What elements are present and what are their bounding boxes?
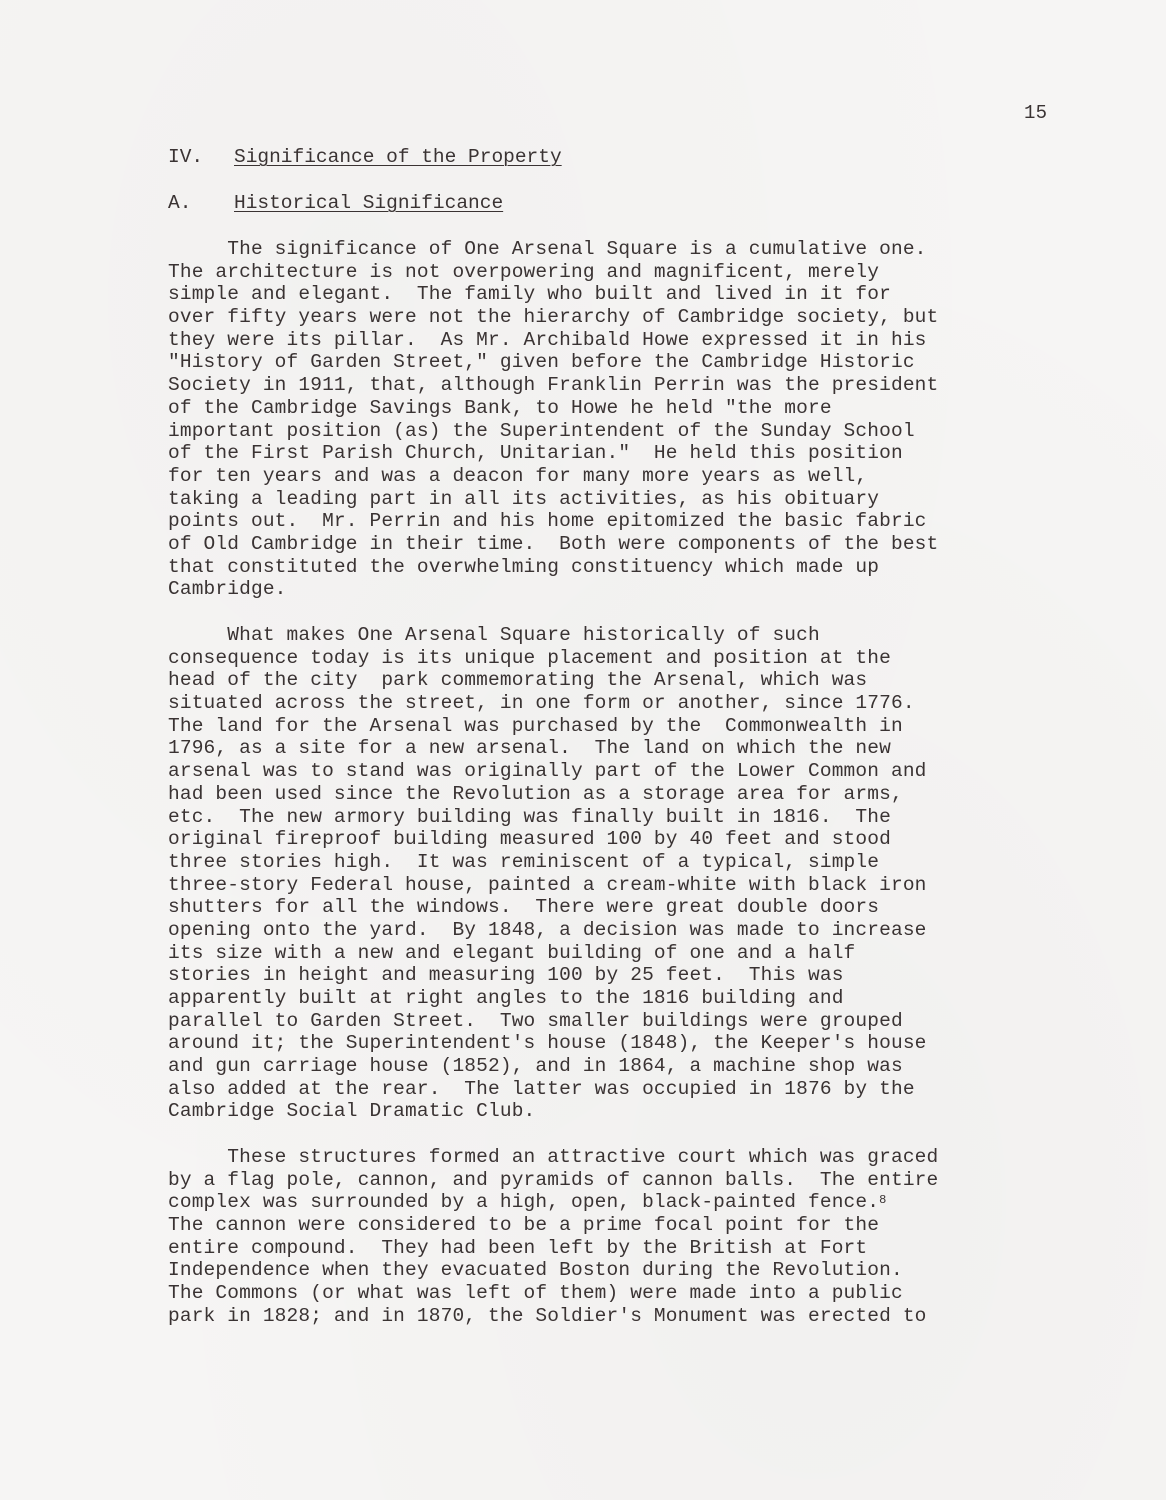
text-line: apparently built at right angles to the … xyxy=(168,987,1068,1010)
text-line: and gun carriage house (1852), and in 18… xyxy=(168,1055,1068,1078)
section-heading-iv: IV.Significance of the Property xyxy=(168,146,562,168)
text-line: around it; the Superintendent's house (1… xyxy=(168,1032,1068,1055)
paragraph-2: What makes One Arsenal Square historical… xyxy=(168,624,1068,1123)
text-line: The Commons (or what was left of them) w… xyxy=(168,1282,1068,1305)
text-line: opening onto the yard. By 1848, a decisi… xyxy=(168,919,1068,942)
text-line: three stories high. It was reminiscent o… xyxy=(168,851,1068,874)
text-line: consequence today is its unique placemen… xyxy=(168,647,1068,670)
text-line: entire compound. They had been left by t… xyxy=(168,1237,1068,1260)
text-line: situated across the street, in one form … xyxy=(168,692,1068,715)
text-line: over fifty years were not the hierarchy … xyxy=(168,306,1068,329)
text-line: 1796, as a site for a new arsenal. The l… xyxy=(168,737,1068,760)
text-line: original fireproof building measured 100… xyxy=(168,828,1068,851)
text-line: had been used since the Revolution as a … xyxy=(168,783,1068,806)
subsection-number: A. xyxy=(168,192,234,214)
footnote-marker[interactable]: 8 xyxy=(879,1193,886,1207)
text-line: etc. The new armory building was finally… xyxy=(168,806,1068,829)
text-line: important position (as) the Superintende… xyxy=(168,420,1068,443)
text-line: for ten years and was a deacon for many … xyxy=(168,465,1068,488)
text-line: three-story Federal house, painted a cre… xyxy=(168,874,1068,897)
document-page: 15 IV.Significance of the Property A.His… xyxy=(0,0,1166,1500)
text-line: Cambridge. xyxy=(168,578,1068,601)
text-line: head of the city park commemorating the … xyxy=(168,669,1068,692)
text-line: stories in height and measuring 100 by 2… xyxy=(168,964,1068,987)
section-number: IV. xyxy=(168,146,234,168)
text-line: Independence when they evacuated Boston … xyxy=(168,1259,1068,1282)
section-title: Significance of the Property xyxy=(234,146,562,168)
text-line: points out. Mr. Perrin and his home epit… xyxy=(168,510,1068,533)
text-line: simple and elegant. The family who built… xyxy=(168,283,1068,306)
text-line: also added at the rear. The latter was o… xyxy=(168,1078,1068,1101)
text-line: of the Cambridge Savings Bank, to Howe h… xyxy=(168,397,1068,420)
text-line-content: complex was surrounded by a high, open, … xyxy=(168,1191,879,1213)
text-line: of Old Cambridge in their time. Both wer… xyxy=(168,533,1068,556)
text-line: The land for the Arsenal was purchased b… xyxy=(168,715,1068,738)
page-number: 15 xyxy=(1024,102,1047,124)
text-line: The cannon were considered to be a prime… xyxy=(168,1214,1068,1237)
text-line: The significance of One Arsenal Square i… xyxy=(168,238,1068,261)
text-line: its size with a new and elegant building… xyxy=(168,942,1068,965)
text-line: Society in 1911, that, although Franklin… xyxy=(168,374,1068,397)
text-line: What makes One Arsenal Square historical… xyxy=(168,624,1068,647)
paragraph-1: The significance of One Arsenal Square i… xyxy=(168,238,1068,601)
text-line: that constituted the overwhelming consti… xyxy=(168,556,1068,579)
paragraph-3: These structures formed an attractive co… xyxy=(168,1146,1068,1328)
text-line: taking a leading part in all its activit… xyxy=(168,488,1068,511)
text-line: of the First Parish Church, Unitarian." … xyxy=(168,442,1068,465)
subsection-heading-a: A.Historical Significance xyxy=(168,192,503,214)
text-line: "History of Garden Street," given before… xyxy=(168,351,1068,374)
text-line: shutters for all the windows. There were… xyxy=(168,896,1068,919)
text-line: park in 1828; and in 1870, the Soldier's… xyxy=(168,1305,1068,1328)
text-line: parallel to Garden Street. Two smaller b… xyxy=(168,1010,1068,1033)
text-line: by a flag pole, cannon, and pyramids of … xyxy=(168,1169,1068,1192)
text-line: These structures formed an attractive co… xyxy=(168,1146,1068,1169)
text-line: they were its pillar. As Mr. Archibald H… xyxy=(168,329,1068,352)
subsection-title: Historical Significance xyxy=(234,192,503,214)
text-line-with-footnote: complex was surrounded by a high, open, … xyxy=(168,1191,1068,1214)
text-line: arsenal was to stand was originally part… xyxy=(168,760,1068,783)
text-line: The architecture is not overpowering and… xyxy=(168,261,1068,284)
text-line: Cambridge Social Dramatic Club. xyxy=(168,1100,1068,1123)
